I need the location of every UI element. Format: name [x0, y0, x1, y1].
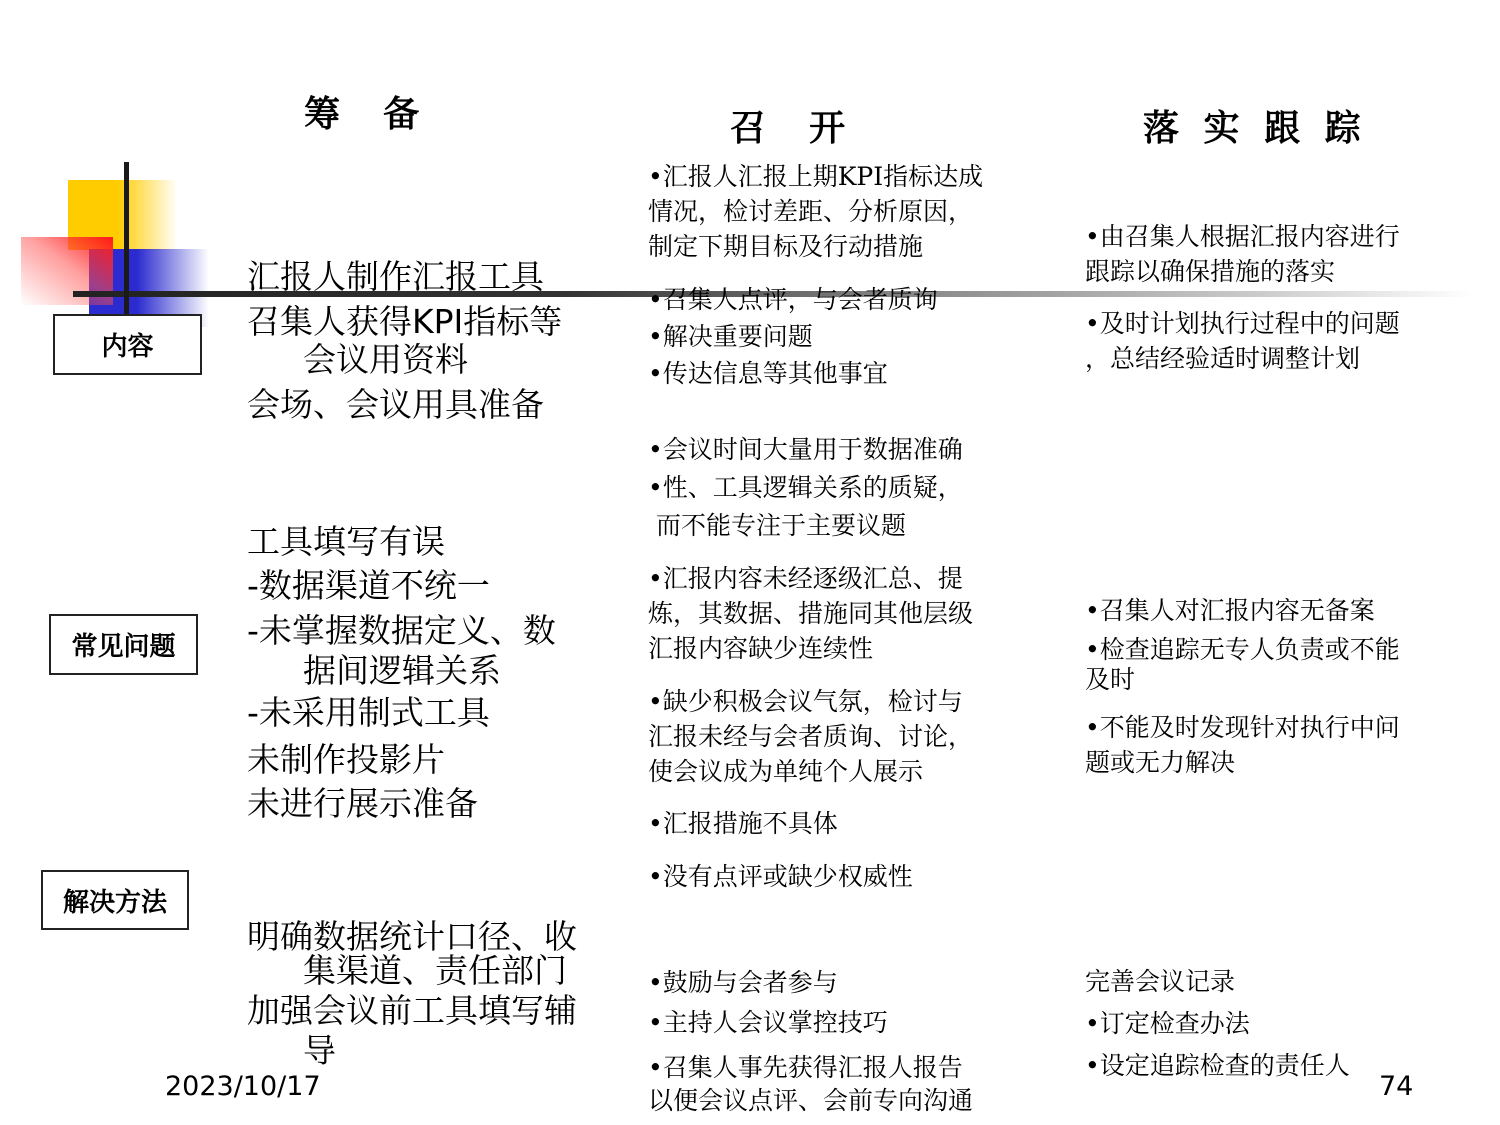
solutions-prepare-item: 加强会议前工具填写辅 [247, 986, 577, 1036]
page-number: 74 [1379, 1071, 1413, 1102]
footer-date: 2023/10/17 [165, 1071, 321, 1102]
text-line: •及时计划执行过程中的问题 [1085, 306, 1400, 341]
content-prepare-list: 汇报人制作汇报工具 召集人获得KPI指标等 会议用资料 会场、会议用具准备 [247, 258, 562, 424]
issues-prepare-item: 工具填写有误 [247, 520, 556, 564]
content-prepare-item: 会场、会议用具准备 [247, 386, 562, 424]
solutions-prepare-item: 集渠道、责任部门 [247, 956, 577, 986]
solutions-prepare-item: 导 [247, 1036, 577, 1066]
solutions-convene-block-2: •召集人事先获得汇报人报告 以便会议点评、会前专向沟通 [648, 1051, 973, 1117]
issues-convene-block-4: •汇报措施不具体 [648, 806, 838, 841]
issues-convene-block-2: •汇报内容未经逐级汇总、提 炼，其数据、措施同其他层级 汇报内容缺少连续性 [648, 561, 973, 666]
text-line: 情况，检讨差距、分析原因， [648, 194, 983, 229]
issues-prepare-item: 未进行展示准备 [247, 782, 556, 826]
text-line: •解决重要问题 [648, 318, 938, 355]
text-line: 题或无力解决 [1085, 745, 1400, 780]
issues-follow-block-3: •不能及时发现针对执行中问 题或无力解决 [1085, 710, 1400, 780]
issues-convene-block-1: •会议时间大量用于数据准确 •性、工具逻辑关系的质疑， 而不能专注于主要议题 [648, 431, 963, 545]
solutions-follow-block-1: 完善会议记录 •订定检查办法 •设定追踪检查的责任人 [1085, 961, 1350, 1087]
content-prepare-item: 汇报人制作汇报工具 [247, 258, 562, 296]
vertical-rule [124, 162, 129, 332]
content-convene-block-2: •召集人点评，与会者质询 •解决重要问题 •传达信息等其他事宜 [648, 281, 938, 392]
text-line: 跟踪以确保措施的落实 [1085, 254, 1400, 289]
content-convene-block-1: •汇报人汇报上期KPI指标达成 情况，检讨差距、分析原因， 制定下期目标及行动措… [648, 159, 983, 264]
issues-prepare-item: -未掌握数据定义、数 [247, 608, 556, 654]
text-line: •召集人对汇报内容无备案 [1085, 593, 1375, 628]
text-line: •汇报人汇报上期KPI指标达成 [648, 159, 983, 194]
issues-convene-block-5: •没有点评或缺少权威性 [648, 859, 913, 894]
text-line: •传达信息等其他事宜 [648, 355, 938, 392]
text-line: •不能及时发现针对执行中问 [1085, 710, 1400, 745]
text-line: 汇报未经与会者质询、讨论， [648, 719, 973, 754]
content-prepare-item: 召集人获得KPI指标等 [247, 303, 562, 341]
issues-prepare-item: -数据渠道不统一 [247, 564, 556, 608]
text-line: •会议时间大量用于数据准确 [648, 431, 963, 469]
row-label-solutions-text: 解决方法 [63, 882, 167, 919]
text-line: •召集人事先获得汇报人报告 [648, 1051, 973, 1084]
row-label-solutions: 解决方法 [41, 870, 189, 930]
solutions-prepare-list: 明确数据统计口径、收 集渠道、责任部门 加强会议前工具填写辅 导 [247, 918, 577, 1066]
content-prepare-item: 会议用资料 [247, 341, 562, 379]
row-label-common-issues: 常见问题 [49, 614, 198, 675]
text-line: •汇报内容未经逐级汇总、提 [648, 561, 973, 596]
text-line: ，总结经验适时调整计划 [1085, 341, 1400, 376]
row-label-common-issues-text: 常见问题 [71, 626, 175, 663]
text-line: •主持人会议掌控技巧 [648, 1003, 888, 1043]
text-line: 而不能专注于主要议题 [648, 507, 963, 545]
text-line: •汇报措施不具体 [648, 806, 838, 841]
text-line: •检查追踪无专人负责或不能 [1085, 635, 1400, 665]
row-label-content-text: 内容 [101, 326, 153, 363]
text-line: •没有点评或缺少权威性 [648, 859, 913, 894]
text-line: 使会议成为单纯个人展示 [648, 754, 973, 789]
row-label-content: 内容 [53, 314, 202, 375]
text-line: 炼，其数据、措施同其他层级 [648, 596, 973, 631]
text-line: •召集人点评，与会者质询 [648, 281, 938, 318]
solutions-convene-block-1: •鼓励与会者参与 •主持人会议掌控技巧 [648, 963, 888, 1043]
issues-prepare-item: -未采用制式工具 [247, 688, 556, 738]
text-line: 及时 [1085, 665, 1400, 695]
text-line: 完善会议记录 [1085, 961, 1350, 1003]
content-follow-block-2: •及时计划执行过程中的问题 ，总结经验适时调整计划 [1085, 306, 1400, 376]
issues-convene-block-3: •缺少积极会议气氛，检讨与 汇报未经与会者质询、讨论， 使会议成为单纯个人展示 [648, 684, 973, 789]
text-line: •设定追踪检查的责任人 [1085, 1045, 1350, 1087]
text-line: 汇报内容缺少连续性 [648, 631, 973, 666]
text-line: •订定检查办法 [1085, 1003, 1350, 1045]
issues-prepare-item: 据间逻辑关系 [247, 654, 556, 688]
text-line: •性、工具逻辑关系的质疑， [648, 469, 963, 507]
header-follow-up: 落 实 跟 踪 [1143, 100, 1367, 151]
text-line: 制定下期目标及行动措施 [648, 229, 983, 264]
text-line: •缺少积极会议气氛，检讨与 [648, 684, 973, 719]
header-convene: 召 开 [730, 100, 851, 151]
header-prepare: 筹 备 [304, 86, 425, 137]
issues-prepare-list: 工具填写有误 -数据渠道不统一 -未掌握数据定义、数 据间逻辑关系 -未采用制式… [247, 520, 556, 826]
issues-follow-block-1: •召集人对汇报内容无备案 [1085, 593, 1375, 628]
text-line: 以便会议点评、会前专向沟通 [648, 1084, 973, 1117]
text-line: •由召集人根据汇报内容进行 [1085, 219, 1400, 254]
issues-prepare-item: 未制作投影片 [247, 738, 556, 782]
content-follow-block-1: •由召集人根据汇报内容进行 跟踪以确保措施的落实 [1085, 219, 1400, 289]
issues-follow-block-2: •检查追踪无专人负责或不能 及时 [1085, 635, 1400, 695]
text-line: •鼓励与会者参与 [648, 963, 888, 1003]
